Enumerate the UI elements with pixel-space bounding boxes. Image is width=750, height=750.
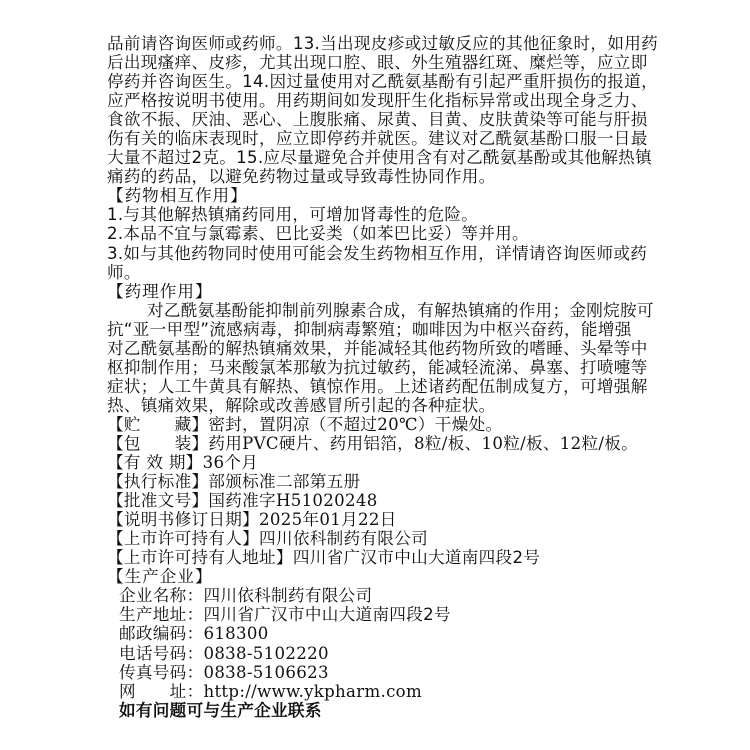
text-line: 停药并咨询医生。14.因过量使用对乙酰氨基酚有引起严重肝损伤的报道， bbox=[107, 72, 655, 91]
website-link[interactable]: http://www.ykpharm.com bbox=[203, 682, 422, 701]
field-label: 【上市许可持有人地址】 bbox=[107, 548, 293, 567]
field-label: 【包 装】 bbox=[107, 434, 208, 453]
field-label: 【贮 藏】 bbox=[107, 415, 208, 434]
field-value: 618300 bbox=[203, 624, 268, 643]
manufacturer-section: 【生产企业】 企业名称：四川依科制药有限公司 生产地址：四川省广汉市中山大道南四… bbox=[107, 567, 655, 719]
precautions-continued: 品前请咨询医师或药师。13.当出现皮疹或过敏反应的其他征象时，如用药 后出现瘙痒… bbox=[107, 34, 655, 186]
field-value: 0838-5106623 bbox=[203, 663, 328, 682]
text-line: 症状；人工牛黄具有解热、镇惊作用。上述诸药配伍制成复方，可增强解 bbox=[107, 377, 655, 396]
manufacturer-website: 网 址：http://www.ykpharm.com bbox=[107, 682, 655, 701]
field-label: 【说明书修订日期】 bbox=[107, 510, 259, 529]
field-value: 四川依科制药有限公司 bbox=[203, 586, 372, 605]
field-value: 药用PVC硬片、药用铝箔，8粒/板、10粒/板、12粒/板。 bbox=[208, 434, 638, 453]
field-value: 四川依科制药有限公司 bbox=[259, 529, 428, 548]
text-line: 3.如与其他药物同时使用可能会发生药物相互作用，详情请咨询医师或药 bbox=[107, 244, 655, 263]
contact-note: 如有问题可与生产企业联系 bbox=[107, 701, 655, 720]
manufacturer-phone: 电话号码：0838-5102220 bbox=[107, 644, 655, 663]
pharmacology-section: 【药理作用】 对乙酰氨基酚能抑制前列腺素合成，有解热镇痛的作用；金刚烷胺可 抗“… bbox=[107, 282, 655, 415]
field-label: 【执行标准】 bbox=[107, 472, 208, 491]
field-value: 四川省广汉市中山大道南四段2号 bbox=[203, 605, 450, 624]
field-shelf-life: 【有 效 期】36个月 bbox=[107, 453, 655, 472]
field-label: 电话号码： bbox=[119, 644, 203, 663]
section-heading: 【药物相互作用】 bbox=[107, 186, 655, 205]
field-value: 密封，置阴凉（不超过20℃）干燥处。 bbox=[208, 415, 502, 434]
manufacturer-address: 生产地址：四川省广汉市中山大道南四段2号 bbox=[107, 605, 655, 624]
text-line: 伤有关的临床表现时，应立即停药并就医。建议对乙酰氨基酚口服一日最 bbox=[107, 129, 655, 148]
field-label: 传真号码： bbox=[119, 663, 203, 682]
section-heading: 【生产企业】 bbox=[107, 567, 655, 586]
field-label: 邮政编码： bbox=[119, 624, 203, 643]
text-line: 2.本品不宜与氯霉素、巴比妥类（如苯巴比妥）等并用。 bbox=[107, 224, 655, 243]
product-fields: 【贮 藏】密封，置阴凉（不超过20℃）干燥处。 【包 装】药用PVC硬片、药用铝… bbox=[107, 415, 655, 567]
text-line: 痛药的药品，以避免药物过量或导致毒性协同作用。 bbox=[107, 167, 655, 186]
drug-interactions-section: 【药物相互作用】 1.与其他解热镇痛药同用，可增加肾毒性的危险。 2.本品不宜与… bbox=[107, 186, 655, 281]
field-packaging: 【包 装】药用PVC硬片、药用铝箔，8粒/板、10粒/板、12粒/板。 bbox=[107, 434, 655, 453]
text-line: 对乙酰氨基酚能抑制前列腺素合成，有解热镇痛的作用；金刚烷胺可 bbox=[107, 301, 655, 320]
field-standard: 【执行标准】部颁标准二部第五册 bbox=[107, 472, 655, 491]
text-line: 抗“亚一甲型”流感病毒，抑制病毒繁殖；咖啡因为中枢兴奋药，能增强 bbox=[107, 320, 655, 339]
field-value: 0838-5102220 bbox=[203, 644, 328, 663]
text-line: 应严格按说明书使用。用药期间如发现肝生化指标异常或出现全身乏力、 bbox=[107, 91, 655, 110]
text-line: 食欲不振、厌油、恶心、上腹胀痛、尿黄、目黄、皮肤黄染等可能与肝损 bbox=[107, 110, 655, 129]
field-value: 四川省广汉市中山大道南四段2号 bbox=[293, 548, 540, 567]
field-label: 【批准文号】 bbox=[107, 491, 208, 510]
text-line: 枢抑制作用；马来酸氯苯那敏为抗过敏药，能减轻流涕、鼻塞、打喷嚏等 bbox=[107, 358, 655, 377]
text-line: 师。 bbox=[107, 263, 655, 282]
drug-leaflet: 品前请咨询医师或药师。13.当出现皮疹或过敏反应的其他征象时，如用药 后出现瘙痒… bbox=[107, 34, 655, 720]
field-label: 【有 效 期】 bbox=[107, 453, 203, 472]
text-line: 品前请咨询医师或药师。13.当出现皮疹或过敏反应的其他征象时，如用药 bbox=[107, 34, 655, 53]
field-label: 生产地址： bbox=[119, 605, 203, 624]
text-line: 热、镇痛效果，解除或改善感冒所引起的各种症状。 bbox=[107, 396, 655, 415]
manufacturer-postcode: 邮政编码：618300 bbox=[107, 624, 655, 643]
field-label: 网 址： bbox=[119, 682, 203, 701]
field-value: 2025年01月22日 bbox=[259, 510, 397, 529]
text-line: 后出现瘙痒、皮疹，尤其出现口腔、眼、外生殖器红斑、糜烂等，应立即 bbox=[107, 53, 655, 72]
field-value: 部颁标准二部第五册 bbox=[208, 472, 360, 491]
field-storage: 【贮 藏】密封，置阴凉（不超过20℃）干燥处。 bbox=[107, 415, 655, 434]
section-heading: 【药理作用】 bbox=[107, 282, 655, 301]
field-mah: 【上市许可持有人】四川依科制药有限公司 bbox=[107, 529, 655, 548]
field-label: 企业名称： bbox=[119, 586, 203, 605]
field-approval-number: 【批准文号】国药准字H51020248 bbox=[107, 491, 655, 510]
field-value: 36个月 bbox=[203, 453, 259, 472]
field-value: 国药准字H51020248 bbox=[208, 491, 377, 510]
text-line: 大量不超过2克。15.应尽量避免合并使用含有对乙酰氨基酚或其他解热镇 bbox=[107, 148, 655, 167]
field-revision-date: 【说明书修订日期】2025年01月22日 bbox=[107, 510, 655, 529]
manufacturer-fax: 传真号码：0838-5106623 bbox=[107, 663, 655, 682]
manufacturer-name: 企业名称：四川依科制药有限公司 bbox=[107, 586, 655, 605]
text-line: 对乙酰氨基酚的解热镇痛效果，并能减轻其他药物所致的嗜睡、头晕等中 bbox=[107, 339, 655, 358]
field-mah-address: 【上市许可持有人地址】四川省广汉市中山大道南四段2号 bbox=[107, 548, 655, 567]
text-line: 1.与其他解热镇痛药同用，可增加肾毒性的危险。 bbox=[107, 205, 655, 224]
field-label: 【上市许可持有人】 bbox=[107, 529, 259, 548]
